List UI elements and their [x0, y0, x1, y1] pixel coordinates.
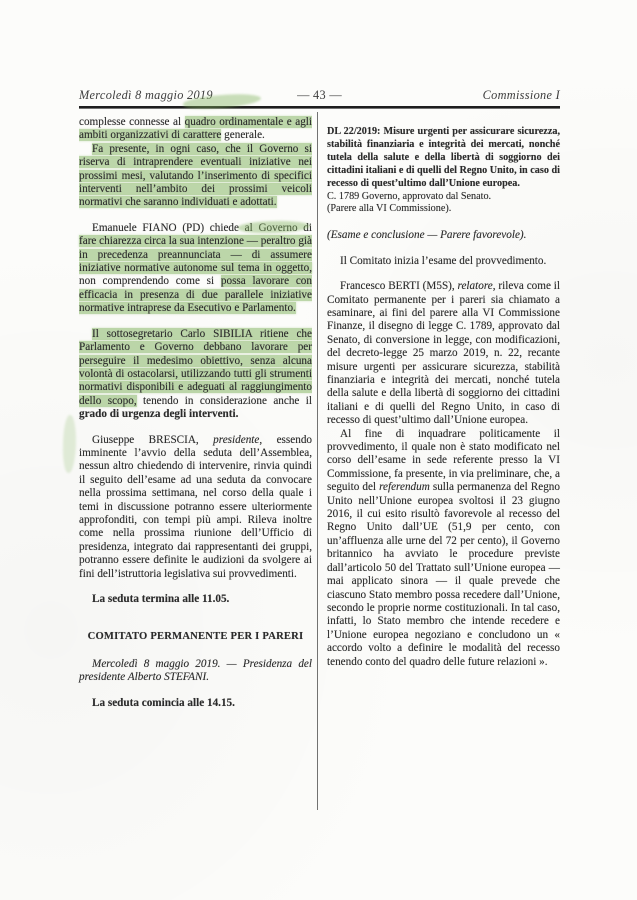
speaker-paragraph-berti: Francesco BERTI (M5S), relatore, rileva … [327, 280, 560, 427]
exam-outcome-line: (Esame e conclusione — Parere favorevole… [327, 229, 560, 242]
text-run: non comprendendo come si [79, 275, 221, 287]
text-run: generale. [221, 129, 264, 141]
bill-reference: C. 1789 Governo, approvato dal Senato. [327, 191, 560, 204]
text-run: Giuseppe BRESCIA, [92, 434, 213, 446]
paragraph-governo: Fa presente, in ogni caso, che il Govern… [79, 143, 312, 210]
text-run: tenendo in considerazione anche il [137, 395, 312, 407]
left-column: complesse connesse al quadro ordinamenta… [79, 116, 312, 710]
session-start-line: La seduta comincia alle 14.15. [79, 697, 312, 710]
speaker-paragraph-fiano: Emanuele FIANO (PD) chiede al Governo di… [79, 222, 312, 316]
highlighted-text: Fa presente, in ogni caso, che il Govern… [79, 143, 312, 209]
sitting-presidency-line: Mercoledì 8 maggio 2019. — Presidenza de… [79, 658, 312, 685]
text-run: sulla permanenza del Regno Unito nell’Un… [327, 481, 560, 667]
highlighted-text: fare chiarezza circa la sua intenzione —… [79, 235, 312, 274]
bill-committee-note: (Parere alla VI Commissione). [327, 203, 560, 216]
session-end-line: La seduta termina alle 11.05. [79, 593, 312, 606]
paragraph-comitato: Il Comitato inizia l’esame del provvedim… [327, 255, 560, 268]
speaker-paragraph-brescia: Giuseppe BRESCIA, presidente, essendo im… [79, 434, 312, 581]
page-header: Mercoledì 8 maggio 2019 — 43 — Commissio… [79, 88, 560, 104]
paragraph-brexit-context: Al fine di inquadrare politicamente il p… [327, 428, 560, 669]
speaker-paragraph-sibilia: Il sottosegretario Carlo SIBILIA ritiene… [79, 328, 312, 422]
header-rule [79, 106, 560, 109]
right-column: DL 22/2019: Misure urgenti per assicurar… [327, 116, 560, 710]
role-italic: relatore [458, 280, 493, 292]
bill-title: DL 22/2019: Misure urgenti per assicurar… [327, 126, 560, 191]
header-section: Commissione I [483, 88, 560, 103]
section-heading: COMITATO PERMANENTE PER I PARERI [79, 630, 312, 643]
scanned-document-page: Mercoledì 8 maggio 2019 — 43 — Commissio… [0, 0, 637, 900]
emphasized-text: grado di urgenza degli interventi. [79, 408, 238, 420]
text-run: , rileva come il Comitato permanente per… [327, 280, 560, 426]
term-italic: referendum [379, 481, 430, 493]
text-run: complesse connesse al [79, 116, 185, 128]
role-italic: presidente [213, 434, 259, 446]
highlighter-smudge [62, 415, 77, 473]
text-run: , essendo imminente l’avvio della seduta… [79, 434, 312, 580]
paragraph-continuation: complesse connesse al quadro ordinamenta… [79, 116, 312, 143]
text-run: Francesco BERTI (M5S), [340, 280, 458, 292]
two-column-text: complesse connesse al quadro ordinamenta… [79, 116, 560, 710]
